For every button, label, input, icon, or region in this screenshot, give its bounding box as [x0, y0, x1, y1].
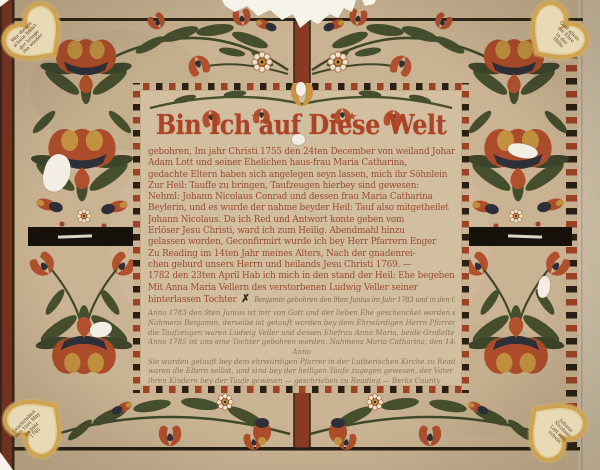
body-line: Nehml: Johann Nicolaus Conrad und dessen… — [148, 191, 455, 202]
last-line-text: hinterlassen Tochter — [148, 294, 237, 305]
body-line: Mit Anna Maria Vellern des verstorbenen … — [148, 282, 455, 293]
corner-heart-bottom-right: Johann Nicolaus Lott sein schein — [515, 390, 591, 466]
handwritten-line: Anno — [148, 347, 455, 357]
handwritten-line: Nahmens Benjamin, derselbe ist getauft w… — [148, 318, 455, 328]
body-line: Johann Nicolaus. Da ich Red und Antwort … — [148, 214, 455, 225]
body-line: Zur Heil: Tauffe zu bringen, Taufzeugen … — [148, 180, 455, 191]
body-line: gebohren, Im jahr Christi 1755 den 24ten… — [148, 146, 455, 157]
body-line: gedachte Eltern haben sich angelegen sey… — [148, 169, 455, 180]
handwritten-line: ihren Kindern bey der Taufe gewesen — ge… — [148, 376, 455, 386]
register-text: gebohren, Im jahr Christi 1755 den 24ten… — [148, 146, 455, 305]
handwritten-line: Anno 1783 den 9ten Junius ist mir von Go… — [148, 308, 455, 318]
corner-heart-bottom-left: Geschrieben den 1ten May im Jahr 1785 — [0, 386, 75, 462]
handwritten-line: waren die Eltern selbst, und sind bey de… — [148, 366, 455, 376]
body-line: Zu Reading im 14ten Jahr meines Alters, … — [148, 248, 455, 259]
body-line: Erlöser Jesu Christi, ward ich zum Heili… — [148, 225, 455, 236]
fraktur-taufschein: { "title": "Bin Ich auf Diese Welt", "re… — [0, 0, 600, 470]
handwritten-line: Anno 1785 ist uns eine Tochter gebohren … — [148, 337, 455, 347]
body-line: gelassen worden, Geconfirmirt wurde ich … — [148, 236, 455, 247]
witness-mark: ✗ — [241, 293, 249, 304]
body-last-line: hinterlassen Tochter ✗ Benjamin gebohren… — [148, 293, 455, 305]
body-line: 1782 den 23ten April Hab ich mich in den… — [148, 270, 455, 281]
corner-heart-top-left: Wer diesen schein findet der bringe ihn … — [0, 0, 74, 74]
corner-heart-top-right: Gott allein die Ehre in der Höhe — [517, 0, 593, 73]
body-line: chen geburd unsers Herrn und heilands Je… — [148, 259, 455, 270]
handwritten-line: die Taufzeugen waren Ludwig Veller und d… — [148, 328, 455, 338]
body-line: Adam Lott und seiner Ehelichen haus-frau… — [148, 157, 455, 168]
handwritten-line: Sie wurden getauft bey dem ehrwürdigen P… — [148, 357, 455, 367]
text-panel: Bin Ich auf Diese Welt gebohren, Im jahr… — [148, 108, 454, 386]
handwritten-additions: Anno 1783 den 9ten Junius ist mir von Go… — [148, 308, 455, 386]
body-line: Beylerin, und es wurde der nahme beyder … — [148, 202, 455, 213]
inline-handwriting: Benjamin gebohren den 9ten Junius im Jah… — [254, 294, 455, 305]
